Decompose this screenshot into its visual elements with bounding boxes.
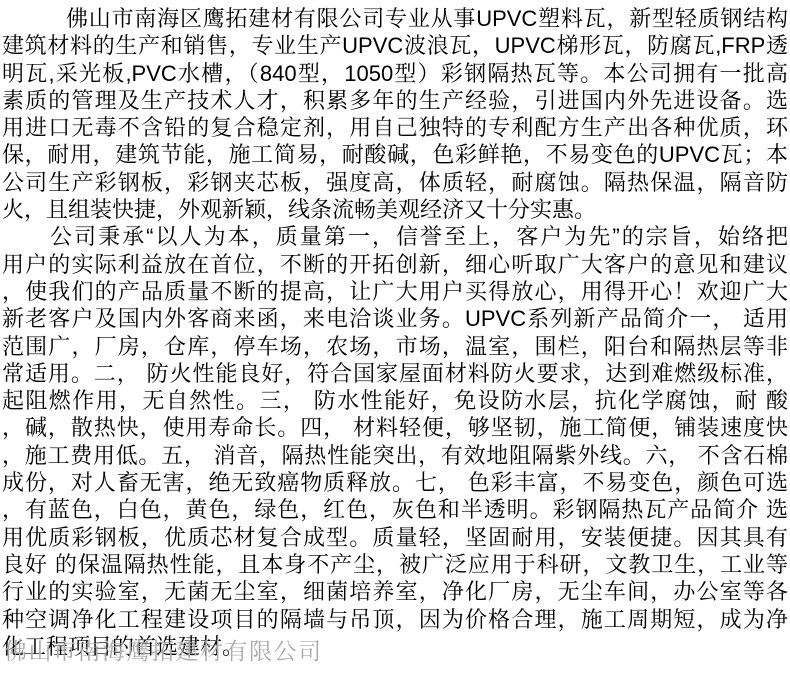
text-line: ，使我们的产品质量不断的提高，让广大用户买得放心，用得开心！欢迎广大 <box>2 278 788 305</box>
text-line: 行业的实验室，无菌无尘室，细菌培养室，净化厂房，无尘车间，办公室等各 <box>2 578 788 605</box>
text-line: 建筑材料的生产和销售，专业生产UPVC波浪瓦，UPVC梯形瓦，防腐瓦,FRP透 <box>2 32 788 59</box>
text-line: 成份，对人畜无害，绝无致癌物质释放。七， 色彩丰富，不易变色，颜色可选 <box>2 469 788 496</box>
text-line: ，施工费用低。五， 消音，隔热性能突出，有效地阻隔紫外线。六， 不含石棉 <box>2 442 788 469</box>
text-line: 化工程项目的首选建材。 <box>2 633 788 660</box>
text-line: 起阻燃作用，无自然性。三， 防水性能好，免设防水层，抗化学腐蚀，耐 酸 <box>2 387 788 414</box>
text-line: 保，耐用，建筑节能，施工简易，耐酸碱，色彩鲜艳，不易变色的UPVC瓦；本 <box>2 141 788 168</box>
text-line: 用户的实际利益放在首位，不断的开拓创新，细心听取广大客户的意见和建议 <box>2 251 788 278</box>
text-line: 公司秉承“以人为本，质量第一，信誉至上，客户为先”的宗旨，始络把 <box>2 223 788 250</box>
text-line: 火，且组装快捷，外观新颖，线条流畅美观经济又十分实惠。 <box>2 196 788 223</box>
text-line: 种空调净化工程建设项目的隔墙与吊顶，因为价格合理，施工周期短，成为净 <box>2 606 788 633</box>
text-line: 佛山市南海区鹰拓建材有限公司专业从事UPVC塑料瓦，新型轻质钢结构 <box>2 5 788 32</box>
text-line: 明瓦,采光板,PVC水槽，（840型，1050型）彩钢隔热瓦等。本公司拥有一批高 <box>2 60 788 87</box>
text-line: 常适用。二， 防火性能良好，符合国家屋面材料防火要求，达到难燃级标准， <box>2 360 788 387</box>
text-line: 新老客户及国内外客商来函，来电洽谈业务。UPVC系列新产品简介一， 适用 <box>2 305 788 332</box>
text-line: 用优质彩钢板，优质芯材复合成型。质量轻，坚固耐用，安装便捷。因其具有 <box>2 524 788 551</box>
text-line: 公司生产彩钢板，彩钢夹芯板，强度高，体质轻，耐腐蚀。隔热保温，隔音防 <box>2 169 788 196</box>
text-line: ，有蓝色，白色，黄色，绿色，红色，灰色和半透明。彩钢隔热瓦产品简介 选 <box>2 496 788 523</box>
text-line: 范围广，厂房，仓库，停车场，农场，市场，温室，围栏，阳台和隔热层等非 <box>2 333 788 360</box>
paragraph-company-intro: 佛山市南海区鹰拓建材有限公司专业从事UPVC塑料瓦，新型轻质钢结构建筑材料的生产… <box>2 5 788 223</box>
text-line: 素质的管理及生产技术人才，积累多年的生产经验，引进国内外先进设备。选 <box>2 87 788 114</box>
text-line: 良好 的保温隔热性能，且本身不产尘，被广泛应用于科研，文教卫生，工业等 <box>2 551 788 578</box>
paragraph-company-philosophy-and-products: 公司秉承“以人为本，质量第一，信誉至上，客户为先”的宗旨，始络把用户的实际利益放… <box>2 223 788 660</box>
text-line: ，碱，散热快，使用寿命长。四， 材料轻便，够坚韧，施工简便，铺装速度快 <box>2 414 788 441</box>
document-page: 佛山市南海区鹰拓建材有限公司专业从事UPVC塑料瓦，新型轻质钢结构建筑材料的生产… <box>0 0 790 680</box>
text-line: 用进口无毒不含铅的复合稳定剂，用自己独特的专利配方生产出各种优质，环 <box>2 114 788 141</box>
